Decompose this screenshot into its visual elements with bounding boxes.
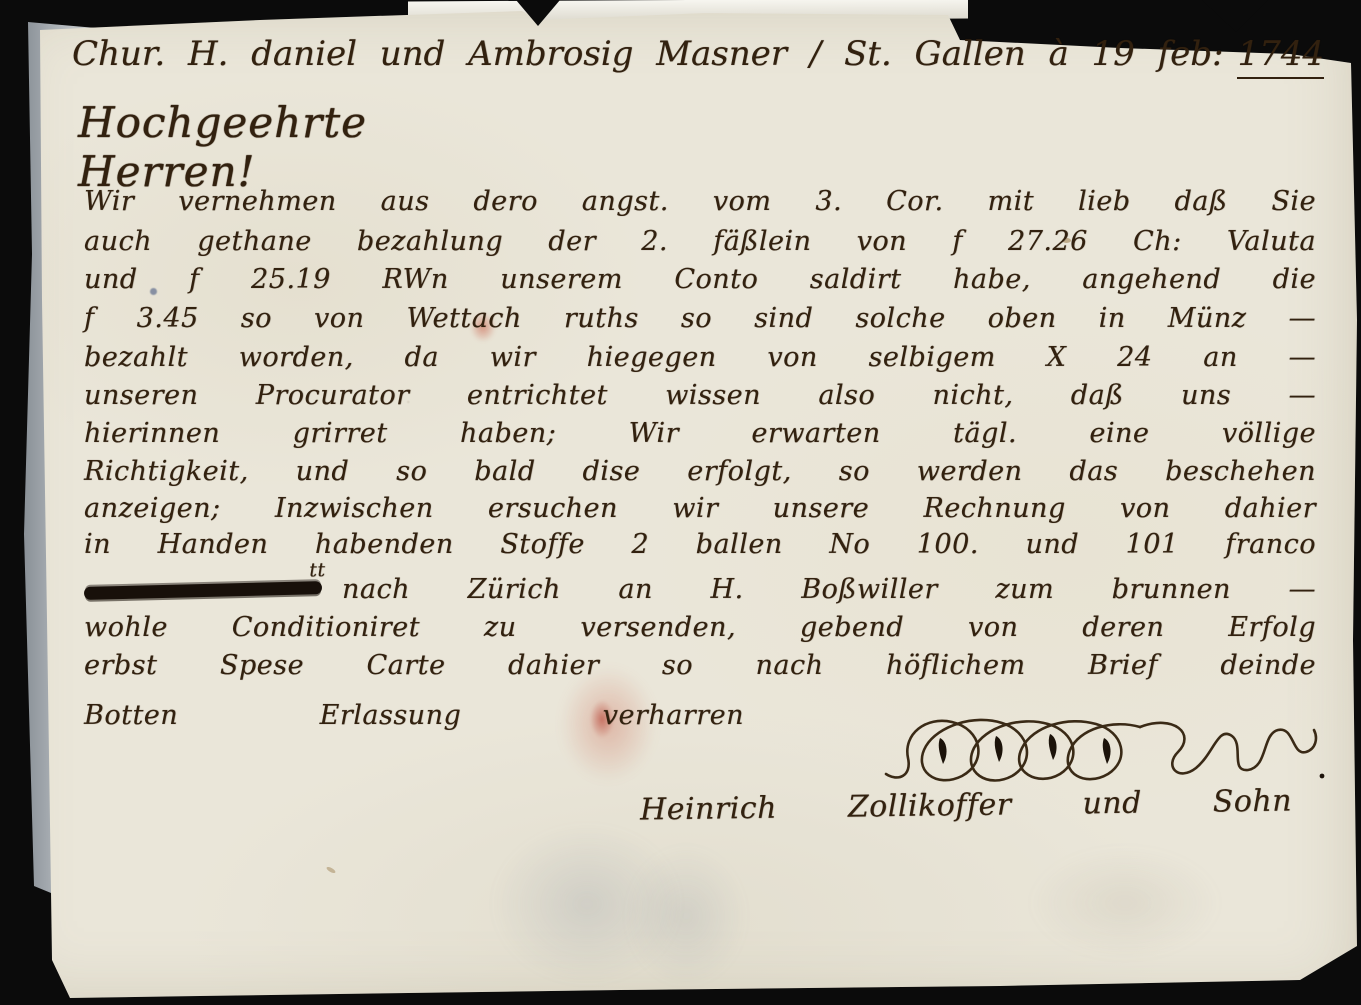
manuscript-line: anzeigen; Inzwischen ersuchen wir unsere… — [84, 493, 1316, 525]
signature-flourish-icon — [878, 686, 1328, 794]
photo-backdrop: Chur. H. daniel und Ambrosig Masner / St… — [0, 0, 1361, 1005]
manuscript-line: bezahlt worden, da wir hiegegen von selb… — [84, 342, 1316, 374]
manuscript-line: erbst Spese Carte dahier so nach höflich… — [84, 650, 1316, 682]
manuscript-line: unseren Procurator entrichtet wissen als… — [84, 380, 1316, 412]
manuscript-line: und f 25.19 RWn unserem Conto saldirt ha… — [84, 264, 1316, 296]
struck-word-superscript: tt — [309, 559, 326, 582]
salutation: Hochgeehrte Herren! — [78, 98, 498, 196]
paper-tear — [1202, 0, 1268, 32]
struck-out-word: tt — [84, 581, 322, 600]
manuscript-line: Wir vernehmen aus dero angst. vom 3. Cor… — [84, 186, 1316, 218]
dateline: Chur. H. daniel und Ambrosig Masner / St… — [72, 34, 1324, 79]
manuscript-line: auch gethane bezahlung der 2. fäßlein vo… — [84, 226, 1316, 258]
dateline-year: 1744 — [1237, 34, 1324, 79]
manuscript-line: hierinnen grirret haben; Wir erwarten tä… — [84, 418, 1316, 450]
dateline-address: Chur. H. daniel und Ambrosig Masner / St… — [72, 34, 1223, 74]
manuscript-line: nach Zürich an H. Boßwiller zum brunnen … — [342, 574, 1316, 606]
manuscript-line: in Handen habenden Stoffe 2 ballen No 10… — [84, 529, 1316, 561]
manuscript-line: wohle Conditioniret zu versenden, gebend… — [84, 612, 1316, 644]
manuscript-line: Richtigkeit, und so bald dise erfolgt, s… — [84, 456, 1316, 488]
manuscript-line: f 3.45 so von Wettach ruths so sind solc… — [84, 303, 1316, 335]
manuscript-line-with-strikeout: tt nach Zürich an H. Boßwiller zum brunn… — [84, 574, 1316, 606]
manuscript-line: Botten Erlassung verharren — [84, 700, 744, 732]
